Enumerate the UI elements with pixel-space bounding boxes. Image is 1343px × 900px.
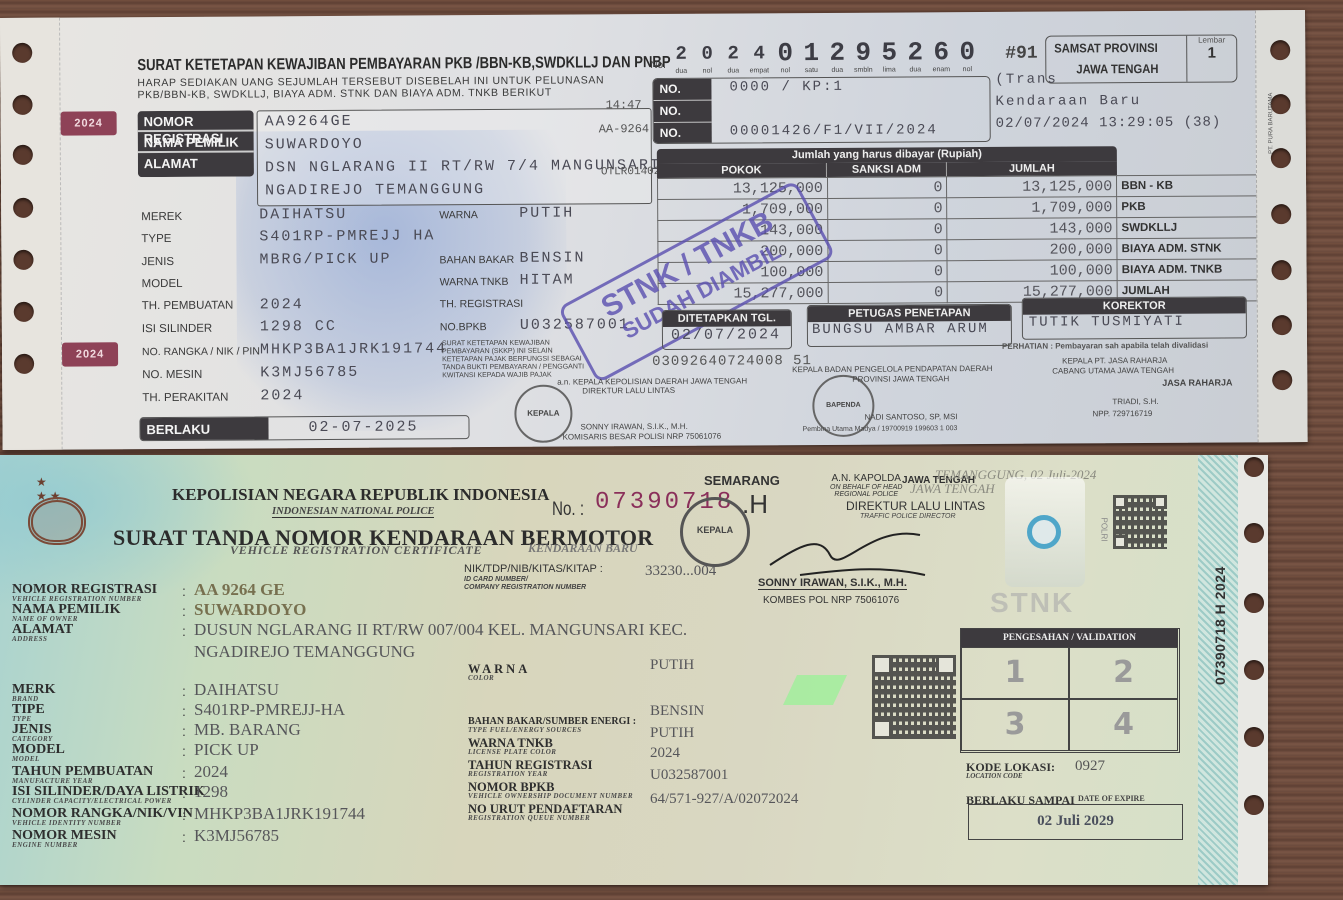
validation-grid: PENGESAHAN / VALIDATION 1 2 3 4 [960, 628, 1180, 753]
payment-sanksi: 0 [828, 282, 948, 304]
expiry-box: 02 Juli 2029 [968, 804, 1183, 840]
stnk-value: AA 9264 GE [194, 580, 285, 600]
col-pokok: POKOK [657, 163, 827, 178]
sig3-npp: NPP. 729716719 [1092, 409, 1152, 418]
skkp-subtitle-2: PKB/BBN-KB, SWDKLLJ, BIAYA ADM. STNK DAN… [137, 87, 551, 102]
punch-hole-icon [13, 198, 33, 218]
owner-label-block: NOMOR REGISTRASI NAMA PEMILIK ALAMAT [138, 110, 254, 177]
colon-separator: : [182, 683, 186, 699]
value-no-mesin: K3MJ56785 [260, 364, 359, 382]
issued-region: JAWA TENGAH [910, 481, 995, 497]
colon-separator: : [182, 623, 186, 639]
stnk-value: S401RP-PMREJJ-HA [194, 700, 345, 720]
stnk-value: PUTIH [650, 657, 694, 674]
payment-jumlah: 200,000 [947, 239, 1117, 261]
an-kapolda: A.N. KAPOLDA ON BEHALF OF HEAD REGIONAL … [830, 473, 902, 498]
label-nomor-registrasi: NOMOR REGISTRASI [138, 110, 254, 132]
samsat-box: SAMSAT PROVINSI JAWA TENGAH Lembar 1 [1045, 34, 1237, 83]
punch-hole-icon [1244, 523, 1264, 543]
stnk-value: 1298 [194, 782, 228, 802]
sig3-name: TRIADI, S.H. [1112, 397, 1158, 406]
label-model: MODEL [142, 278, 183, 290]
director: DIREKTUR LALU LINTAS [846, 499, 985, 513]
label-nama-pemilik: NAMA PEMILIK [138, 131, 254, 153]
label-no-kohir: NO. KOHIR [654, 123, 712, 144]
serial-digit: 2dua [668, 40, 694, 75]
counter-code: #91 [1005, 44, 1038, 64]
payment-sanksi: 0 [827, 198, 947, 220]
side-print-reg: AA-9264 [599, 122, 650, 136]
number-label: No. : [552, 499, 584, 521]
barcode-number: 03092640724008 51 [652, 353, 812, 370]
punch-hole-icon [1244, 727, 1264, 747]
qr-code-main [872, 655, 956, 739]
payment-jumlah: 1,709,000 [947, 197, 1117, 219]
validation-cell-3: 3 [961, 699, 1069, 751]
payment-item: BIAYA ADM. TNKB [1117, 259, 1257, 281]
side-print-time: 14:47 [606, 98, 642, 112]
validation-cell-4: 4 [1069, 699, 1178, 751]
label-berlaku-sampai: BERLAKU SAMPAI [140, 417, 268, 441]
payment-sanksi: 0 [827, 177, 947, 199]
serial-digit: 4empat [746, 39, 772, 74]
colon-separator: : [182, 765, 186, 781]
sig3-org: JASA RAHARJA [1162, 378, 1232, 387]
col-jumlah: JUMLAH [947, 161, 1117, 176]
label-korektor: KOREKTOR [1023, 297, 1246, 314]
col-sanksi: SANKSI ADM [827, 162, 947, 177]
nik-sub2: COMPANY REGISTRATION NUMBER [464, 584, 586, 591]
sig1-rank: KOMISARIS BESAR POLISI NRP 75061076 [563, 432, 722, 442]
validation-cell-2: 2 [1069, 647, 1178, 699]
stnk-label-sub: COLOR [468, 674, 494, 682]
serial-digit: 0nol [772, 39, 798, 74]
stnk-label-sub: REGISTRATION YEAR [468, 770, 548, 778]
stnk-value: K3MJ56785 [194, 826, 279, 846]
value-petugas: BUNGSU AMBAR ARUM [808, 321, 1011, 338]
label-no-urut: NO. URUT [653, 79, 711, 101]
colon-separator: : [182, 785, 186, 801]
hologram-sticker [783, 675, 847, 705]
serial-digit: 2dua [824, 39, 850, 74]
stnk-label-sub: MODEL [12, 755, 40, 763]
lembar-label: Lembar [1187, 35, 1236, 44]
stnk-value: BENSIN [650, 703, 704, 720]
value-th-perakitan: 2024 [260, 387, 304, 404]
punch-hole-icon [1244, 457, 1264, 477]
serial-digit: 2dua [902, 38, 928, 73]
stnk-value: MB. BARANG [194, 720, 301, 740]
sig3-role2: CABANG UTAMA JAWA TENGAH [1052, 366, 1174, 376]
org-subtitle: INDONESIAN NATIONAL POLICE [272, 506, 434, 518]
perhatian-note: PERHATIAN : Pembayaran sah apabila telah… [1002, 341, 1208, 351]
sig1-name: SONNY IRAWAN, S.I.K., M.H. [580, 422, 687, 432]
signer-name: SONNY IRAWAN, S.I.K., M.H. [758, 577, 907, 590]
payment-sanksi: 0 [828, 219, 948, 241]
value-berlaku-sampai: 02-07-2025 [308, 418, 418, 436]
stnk-label-sub: TYPE FUEL/ENERGY SOURCES [468, 726, 582, 734]
value-no-rangka: MHKP3BA1JRK191744 [260, 340, 447, 358]
label-no-bpkb: NO.BPKB [440, 321, 487, 333]
label-petugas: PETUGAS PENETAPAN [808, 305, 1011, 322]
serial-no-label: No. [650, 60, 666, 71]
label-alamat: ALAMAT [138, 152, 254, 177]
payment-item: SWDKLLJ [1117, 217, 1257, 239]
stnk-value: 64/571-927/A/02072024 [650, 791, 798, 808]
value-no-kohir: 00001426/F1/VII/2024 [730, 122, 938, 139]
punch-hole-icon [12, 95, 32, 115]
stnk-label-sub: ADDRESS [12, 635, 47, 643]
print-timestamp: 02/07/2024 13:29:05 (38) [996, 115, 1222, 132]
label-th-registrasi: TH. REGISTRASI [440, 298, 524, 311]
stnk-label-sub: ENGINE NUMBER [12, 841, 78, 849]
director-seal-icon: KEPALA [680, 497, 750, 567]
sig2-nip: Pembina Utama Madya / 19700919 199603 1 … [803, 424, 958, 434]
sig1-role2: DIREKTUR LALU LINTAS [582, 386, 675, 396]
colon-separator: : [182, 583, 186, 599]
serial-digit: 0nol [954, 38, 980, 73]
value-bahan-bakar: BENSIN [519, 249, 585, 266]
samsat-line1: SAMSAT PROVINSI [1054, 41, 1158, 56]
value-no-urut: 0000 / KP:1 [729, 79, 844, 96]
stnk-value: DUSUN NGLARANG II RT/RW 007/004 KEL. MAN… [194, 620, 687, 640]
vertical-serial: 07390718 H 2024 [1212, 566, 1228, 685]
validation-cell-1: 1 [961, 647, 1069, 699]
skkp-document: 2024 2024 SURAT KETETAPAN KEWAJIBAN PEMB… [0, 10, 1308, 450]
label-merek: MEREK [141, 211, 182, 223]
label-jenis: JENIS [141, 256, 174, 268]
punch-hole-icon [1270, 40, 1290, 60]
year-tag: 2024 [61, 111, 117, 135]
punch-hole-icon [1244, 593, 1264, 613]
label-isi-silinder: ISI SILINDER [142, 323, 212, 335]
sig2-role: KEPALA BADAN PENGELOLA PENDAPATAN DAERAH [792, 364, 992, 374]
lembar-box: Lembar 1 [1186, 35, 1236, 81]
skkp-title: SURAT KETETAPAN KEWAJIBAN PEMBAYARAN PKB… [137, 54, 670, 75]
punch-hole-icon [1244, 660, 1264, 680]
signer-rank: KOMBES POL NRP 75061076 [763, 595, 899, 606]
value-alamat-2: NGADIREJO TEMANGGUNG [265, 181, 485, 199]
lembar-value: 1 [1187, 44, 1236, 61]
sig2-name: NADI SANTOSO, SP, MSI [864, 412, 957, 422]
signature-icon [760, 515, 930, 585]
label-th-pembuatan: TH. PEMBUATAN [142, 300, 234, 313]
serial-number: 2dua0nol2dua4empat0nol1satu2dua9smbln5li… [668, 38, 980, 75]
sig3-role: KEPALA PT. JASA RAHARJA [1062, 356, 1167, 366]
petugas-box: PETUGAS PENETAPAN BUNGSU AMBAR ARUM [807, 304, 1012, 347]
validation-header: PENGESAHAN / VALIDATION [961, 629, 1178, 647]
colon-separator: : [182, 703, 186, 719]
label-no-mesin: NO. MESIN [142, 369, 202, 381]
samsat-line2: JAWA TENGAH [1076, 62, 1158, 77]
value-merek: DAIHATSU [259, 206, 347, 224]
sig2-role2: PROVINSI JAWA TENGAH [852, 374, 949, 384]
punch-hole-icon [14, 302, 34, 322]
stnk-document: 07390718 H 2024 ★★★ KEPOLISIAN NEGARA RE… [0, 455, 1268, 885]
kohir-box: NO. URUT NO. SKUM NO. KOHIR 0000 / KP:1 … [652, 76, 990, 144]
nik-value: 33230...004 [645, 563, 716, 580]
serial-digit: 9smbln [850, 39, 876, 74]
stnk-label-sub: REGISTRATION QUEUE NUMBER [468, 814, 590, 822]
police-badge-icon [1027, 515, 1061, 549]
stnk-value: MHKP3BA1JRK191744 [194, 804, 365, 824]
value-warna: PUTIH [519, 204, 574, 221]
value-jenis: MBRG/PICK UP [259, 251, 391, 269]
kode-lokasi-value: 0927 [1075, 758, 1105, 775]
doc-subtitle: VEHICLE REGISTRATION CERTIFICATE [230, 543, 482, 558]
serial-digit: 5lima [876, 38, 902, 73]
stnk-value: PICK UP [194, 740, 259, 760]
right-perforation-strip: PT. PURA BARUTAMA [1255, 10, 1308, 442]
stnk-value-line2: NGADIREJO TEMANGGUNG [194, 642, 415, 662]
year-tag: 2024 [62, 342, 118, 366]
label-type: TYPE [141, 233, 171, 245]
serial-digit: 6enam [928, 38, 954, 73]
stnk-label-sub: VEHICLE IDENTITY NUMBER [12, 819, 121, 827]
payment-item: PKB [1117, 196, 1257, 218]
label-no-skum: NO. SKUM [654, 101, 712, 123]
doc-tag: KENDARAAN BARU [528, 541, 638, 556]
payment-jumlah: 13,125,000 [947, 176, 1117, 198]
stnk-value: U032587001 [650, 767, 728, 784]
label-warna: WARNA [439, 209, 478, 221]
label-no-rangka: NO. RANGKA / NIK / PIN [142, 345, 260, 358]
punch-hole-icon [13, 145, 33, 165]
colon-separator: : [182, 603, 186, 619]
label-warna-tnkb: WARNA TNKB [440, 276, 509, 288]
value-ditetapkan: 02/07/2024 [663, 326, 791, 344]
value-nomor-registrasi: AA9264GE [265, 113, 353, 131]
serial-digit: 0nol [694, 40, 720, 75]
payment-sanksi: 0 [828, 240, 948, 262]
city: SEMARANG [704, 473, 780, 488]
nik-label: NIK/TDP/NIB/KITAS/KITAP : [464, 563, 603, 575]
hologram-emblem [1005, 477, 1085, 587]
police-emblem-icon [28, 497, 86, 545]
stnk-value: 2024 [194, 762, 228, 782]
colon-separator: : [182, 743, 186, 759]
trans-text: (Trans [995, 72, 1058, 88]
stnk-value: PUTIH [650, 725, 694, 742]
payment-table-wrapper: Jumlah yang harus dibayar (Rupiah) POKOK… [657, 146, 1117, 178]
expiry-value: 02 Juli 2029 [969, 805, 1182, 837]
vehicle-status: Kendaraan Baru [995, 93, 1141, 110]
expiry-sub: DATE OF EXPIRE [1078, 794, 1145, 803]
punch-hole-icon [12, 43, 32, 63]
payment-jumlah: 143,000 [947, 218, 1117, 240]
polri-text: POLRI [1100, 517, 1109, 541]
stnk-perforation-strip [1238, 455, 1268, 885]
left-perforation-strip [0, 18, 63, 450]
serial-digit: 2dua [720, 39, 746, 74]
stnk-label-sub: LICENSE PLATE COLOR [468, 748, 556, 756]
stnk-value: DAIHATSU [194, 680, 279, 700]
printer-name: PT. PURA BARUTAMA [1268, 93, 1274, 154]
stnk-value: SUWARDOYO [194, 600, 306, 620]
stnk-watermark: STNK [990, 587, 1074, 619]
label-th-perakitan: TH. PERAKITAN [142, 392, 228, 405]
colon-separator: : [182, 829, 186, 845]
colon-separator: : [182, 723, 186, 739]
stnk-label-sub: VEHICLE OWNERSHIP DOCUMENT NUMBER [468, 792, 633, 800]
payment-sanksi: 0 [828, 261, 948, 283]
value-warna-tnkb: HITAM [520, 271, 575, 288]
value-type: S401RP-PMREJJ HA [259, 227, 435, 245]
serial-digit: 1satu [798, 39, 824, 74]
value-isi-silinder: 1298 CC [260, 318, 337, 335]
berlaku-sampai-box: BERLAKU SAMPAI 02-07-2025 [139, 415, 469, 441]
value-nama-pemilik: SUWARDOYO [265, 136, 364, 154]
org-title: KEPOLISIAN NEGARA REPUBLIK INDONESIA [172, 485, 549, 505]
punch-hole-icon [1272, 370, 1292, 390]
korektor-box: KOREKTOR TUTIK TUSMIYATI [1022, 296, 1247, 339]
payment-jumlah: 100,000 [947, 260, 1117, 282]
payment-item: BIAYA ADM. STNK [1117, 238, 1257, 260]
value-korektor: TUTIK TUSMIYATI [1023, 313, 1246, 330]
stnk-label-sub: CYLINDER CAPACITY/ELECTRICAL POWER [12, 797, 172, 805]
label-bahan-bakar: BAHAN BAKAR [439, 254, 514, 266]
label-ditetapkan: DITETAPKAN TGL. [663, 310, 791, 327]
qr-code-top [1113, 495, 1167, 549]
nik-sub1: ID CARD NUMBER/ [464, 576, 528, 583]
stnk-value: 2024 [650, 745, 680, 762]
skkp-note: SURAT KETETAPAN KEWAJIBAN PEMBAYARAN (SK… [442, 339, 587, 380]
punch-hole-icon [1271, 204, 1291, 224]
value-th-pembuatan: 2024 [260, 296, 304, 313]
punch-hole-icon [14, 354, 34, 374]
punch-hole-icon [1272, 260, 1292, 280]
punch-hole-icon [1272, 315, 1292, 335]
punch-hole-icon [13, 250, 33, 270]
kode-lokasi-sub: LOCATION CODE [966, 772, 1023, 780]
payment-item: BBN - KB [1117, 175, 1257, 197]
colon-separator: : [182, 807, 186, 823]
punch-hole-icon [1244, 795, 1264, 815]
ditetapkan-box: DITETAPKAN TGL. 02/07/2024 [662, 309, 792, 350]
